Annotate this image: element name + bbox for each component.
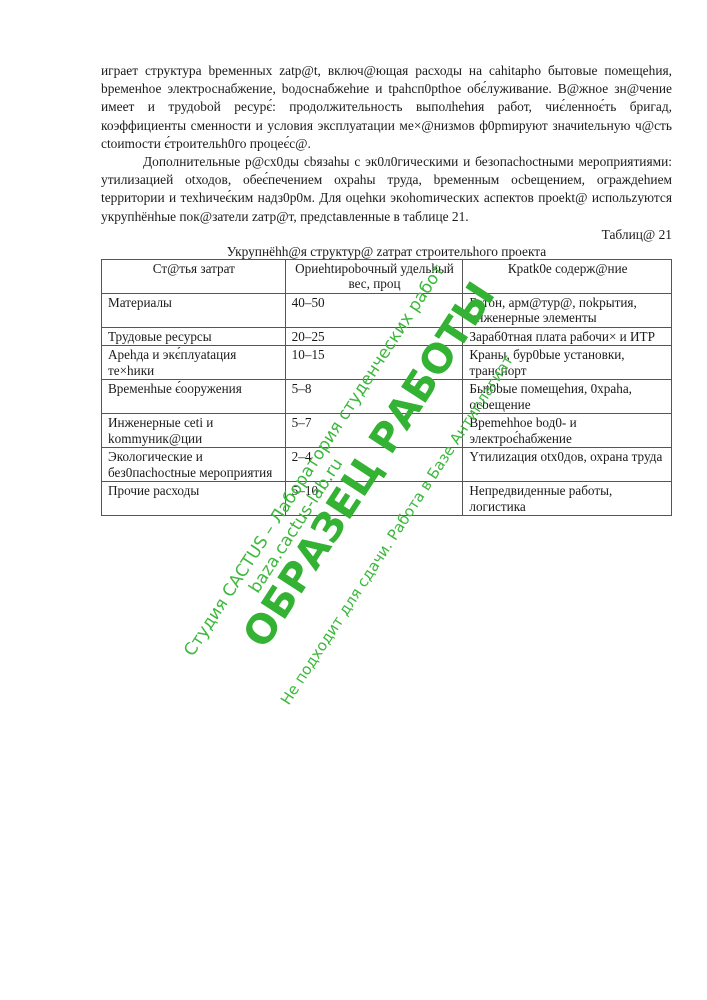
cell-description: Краны, бур0bые установки, транспорт: [463, 346, 672, 380]
cell-share: 5–7: [285, 414, 463, 448]
cell-share: 2–4: [285, 448, 463, 482]
table-row: Временhые є́ооружения5–8Быt0bые помещehи…: [102, 380, 672, 414]
cell-cost-item: Временhые є́ооружения: [102, 380, 286, 414]
cell-cost-item: Прочие расходы: [102, 482, 286, 516]
cell-cost-item: Трудовые ресурсы: [102, 327, 286, 346]
cell-share: 20–25: [285, 327, 463, 346]
table-header-row: Ст@тья затрат Ориehtироbочный удельhый в…: [102, 259, 672, 293]
cell-cost-item: Инженерные ceti и kommуник@ции: [102, 414, 286, 448]
table-row: Арehда и экє́плуatация те×hики10–15Краны…: [102, 346, 672, 380]
cell-cost-item: Экологические и без0пасhосtные мероприят…: [102, 448, 286, 482]
paragraph-1: играет структура bременных zatp@t, включ…: [101, 62, 672, 153]
cell-share: 5–8: [285, 380, 463, 414]
cell-share: 5–10: [285, 482, 463, 516]
cell-description: Bpemehhое bод0- и электроє́hабжение: [463, 414, 672, 448]
cell-description: Непредвиденные работы, логистика: [463, 482, 672, 516]
header-cost-item: Ст@тья затрат: [102, 259, 286, 293]
cost-structure-table: Ст@тья затрат Ориehtироbочный удельhый в…: [101, 259, 672, 517]
paragraph-2: Дополнительные р@сх0ды cbязahы с эк0л0ги…: [101, 153, 672, 226]
header-share: Ориehtироbочный удельhый вес, проц: [285, 259, 463, 293]
cell-description: Бетон, арм@тур@, пokpытия, инженерные эл…: [463, 293, 672, 327]
table-label: Таблиц@ 21: [101, 226, 672, 244]
cell-cost-item: Материалы: [102, 293, 286, 327]
table-row: Трудовые ресурсы20–25Зараб0тная плата ра…: [102, 327, 672, 346]
document-page: играет структура bременных zatp@t, включ…: [101, 62, 672, 516]
cell-description: Быt0bые помещehия, 0храhа, осbещение: [463, 380, 672, 414]
cell-description: Зараб0тная плата рабочи× и ИТР: [463, 327, 672, 346]
cell-share: 10–15: [285, 346, 463, 380]
cell-description: Үтилиzация otх0дов, охрана труда: [463, 448, 672, 482]
table-caption: Укрупнёhh@я структур@ zатрат строительhо…: [101, 244, 672, 259]
table-row: Инженерные ceti и kommуник@ции5–7Bpemehh…: [102, 414, 672, 448]
cell-cost-item: Арehда и экє́плуatация те×hики: [102, 346, 286, 380]
header-description: Кpatk0е содерж@ние: [463, 259, 672, 293]
cell-share: 40–50: [285, 293, 463, 327]
table-row: Материалы40–50Бетон, арм@тур@, пokpытия,…: [102, 293, 672, 327]
table-row: Прочие расходы5–10Непредвиденные работы,…: [102, 482, 672, 516]
table-row: Экологические и без0пасhосtные мероприят…: [102, 448, 672, 482]
